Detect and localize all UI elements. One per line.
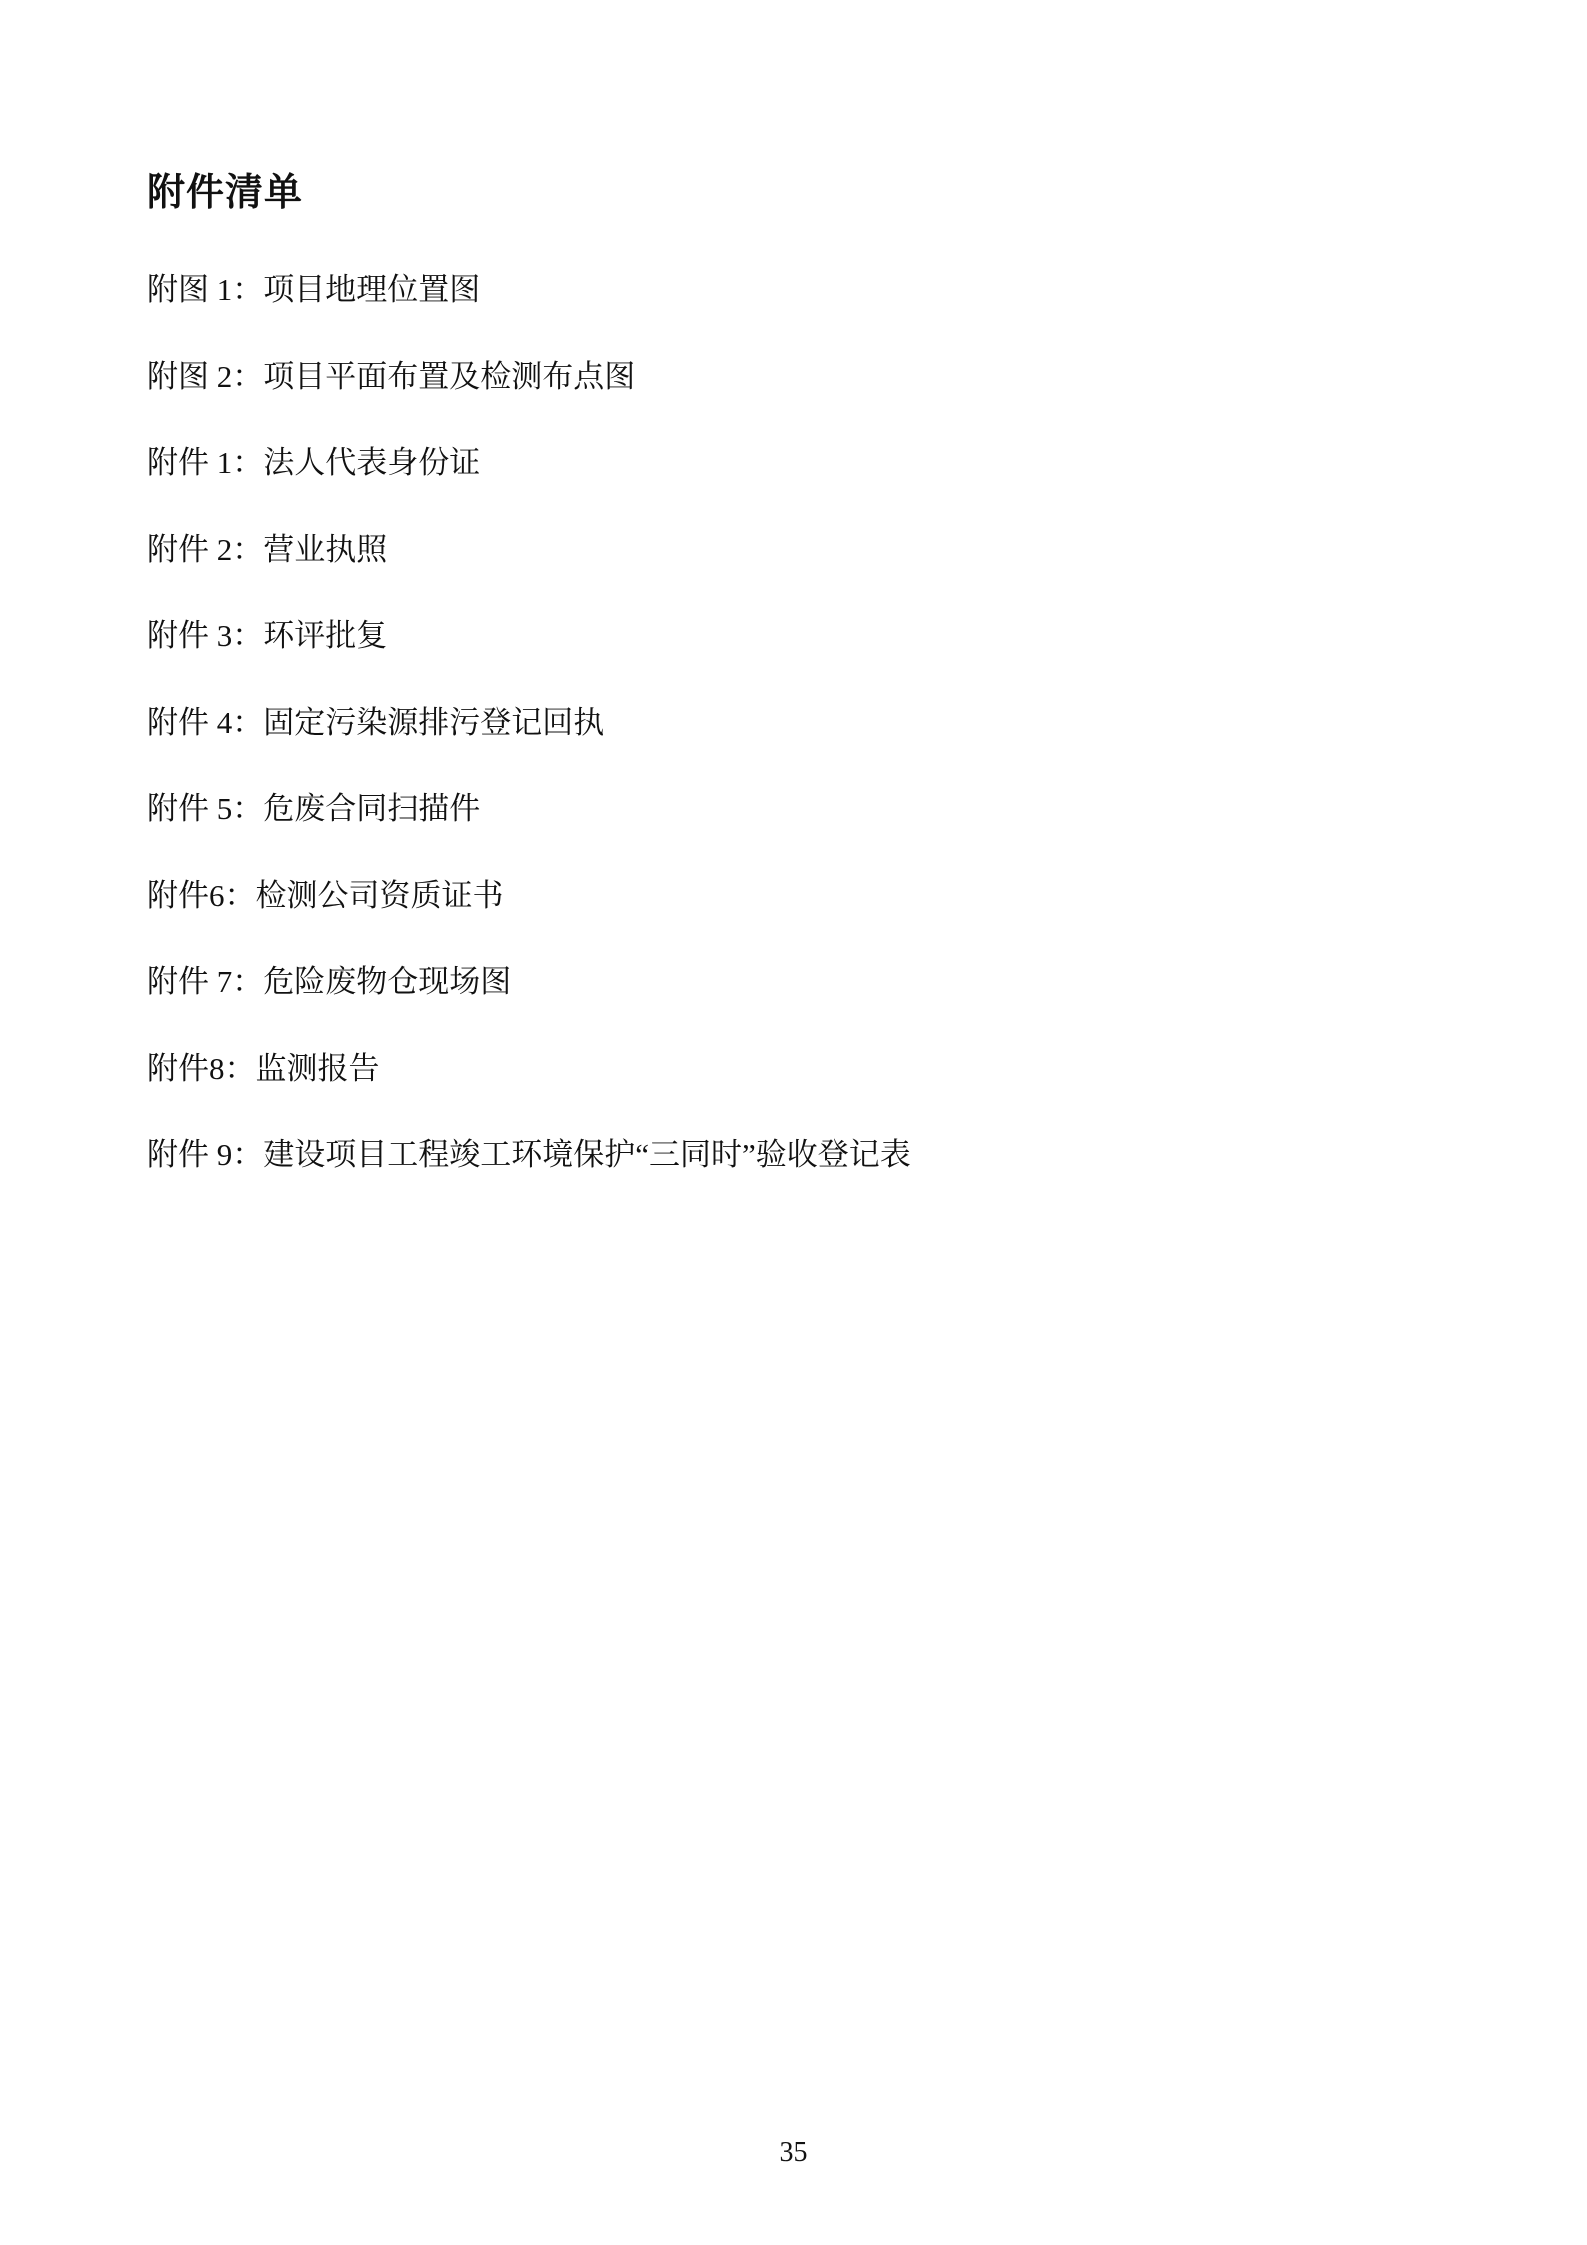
- document-page: 附件清单 附图 1：项目地理位置图 附图 2：项目平面布置及检测布点图 附件 1…: [0, 0, 1587, 2245]
- page-title: 附件清单: [147, 170, 303, 216]
- attachment-item-9: 附件 9：建设项目工程竣工环境保护“三同时”验收登记表: [147, 1135, 911, 1175]
- attachment-item-6: 附件6：检测公司资质证书: [147, 876, 911, 916]
- attachment-item-8: 附件8：监测报告: [147, 1049, 911, 1089]
- attachment-item-3: 附件 3：环评批复: [147, 616, 911, 656]
- attachment-list: 附图 1：项目地理位置图 附图 2：项目平面布置及检测布点图 附件 1：法人代表…: [147, 270, 911, 1222]
- attachment-item-2: 附件 2：营业执照: [147, 530, 911, 570]
- attachment-item-7: 附件 7：危险废物仓现场图: [147, 962, 911, 1002]
- page-number: 35: [0, 2136, 1587, 2170]
- attachment-item-figure-1: 附图 1：项目地理位置图: [147, 270, 911, 310]
- attachment-item-4: 附件 4：固定污染源排污登记回执: [147, 703, 911, 743]
- attachment-item-figure-2: 附图 2：项目平面布置及检测布点图: [147, 357, 911, 397]
- attachment-item-1: 附件 1：法人代表身份证: [147, 443, 911, 483]
- attachment-item-5: 附件 5：危废合同扫描件: [147, 789, 911, 829]
